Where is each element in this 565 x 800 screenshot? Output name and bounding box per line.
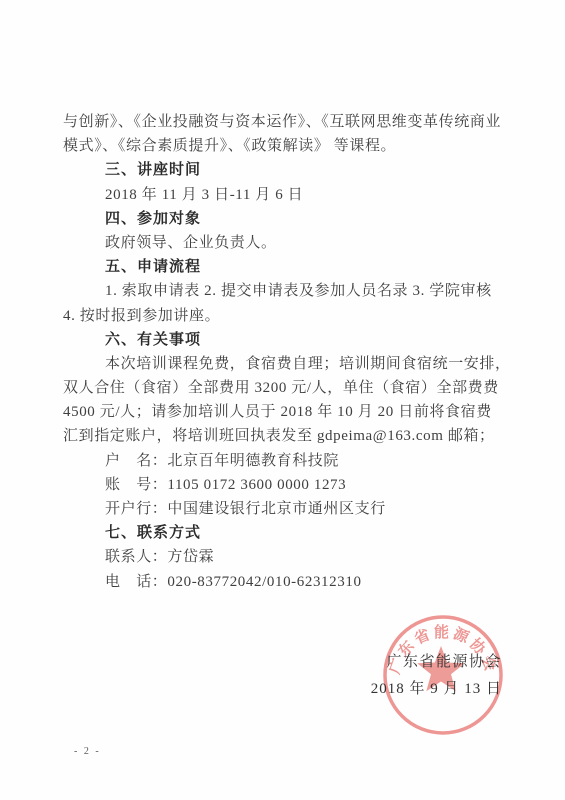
doc-line: 1. 索取申请表 2. 提交申请表及参加人员名录 3. 学院审核 — [63, 279, 510, 303]
section-heading-4: 四、参加对象 — [63, 207, 510, 231]
doc-line: 4. 按时报到参加讲座。 — [63, 304, 510, 328]
bank-branch-line: 开户行：中国建设银行北京市通州区支行 — [63, 497, 510, 521]
document-page: 与创新》、《企业投融资与资本运作》、《互联网思维变革传统商业 模式》、《综合素质… — [0, 0, 565, 800]
doc-line: 本次培训课程免费，食宿费自理；培训期间食宿统一安排， — [63, 352, 510, 376]
section-heading-6: 六、有关事项 — [63, 328, 510, 352]
section-heading-5: 五、申请流程 — [63, 255, 510, 279]
signature-date: 2018 年 9 月 13 日 — [371, 677, 502, 698]
doc-line: 双人合住（食宿）全部费用 3200 元/人，单住（食宿）全部费费 — [63, 376, 510, 400]
official-seal: 广东省能源协会 — [373, 605, 513, 745]
document-body: 与创新》、《企业投融资与资本运作》、《互联网思维变革传统商业 模式》、《综合素质… — [63, 110, 510, 594]
doc-line: 政府领导、企业负责人。 — [63, 231, 510, 255]
doc-line: 模式》、《综合素质提升》、《政策解读》 等课程。 — [63, 134, 510, 158]
contact-phone-line: 电 话：020-83772042/010-62312310 — [63, 570, 510, 594]
signature-organization: 广东省能源协会 — [386, 650, 502, 671]
section-heading-7: 七、联系方式 — [63, 521, 510, 545]
doc-line: 与创新》、《企业投融资与资本运作》、《互联网思维变革传统商业 — [63, 110, 510, 134]
doc-line: 汇到指定账户，将培训班回执表发至 gdpeima@163.com 邮箱； — [63, 424, 510, 448]
page-number: - 2 - — [74, 746, 101, 757]
section-heading-3: 三、讲座时间 — [63, 158, 510, 182]
contact-person-line: 联系人：方岱霖 — [63, 545, 510, 569]
doc-line: 4500 元/人；请参加培训人员于 2018 年 10 月 20 日前将食宿费 — [63, 400, 510, 424]
doc-line: 2018 年 11 月 3 日-11 月 6 日 — [63, 183, 510, 207]
account-name-line: 户 名：北京百年明德教育科技院 — [63, 449, 510, 473]
account-number-line: 账 号：1105 0172 3600 0000 1273 — [63, 473, 510, 497]
